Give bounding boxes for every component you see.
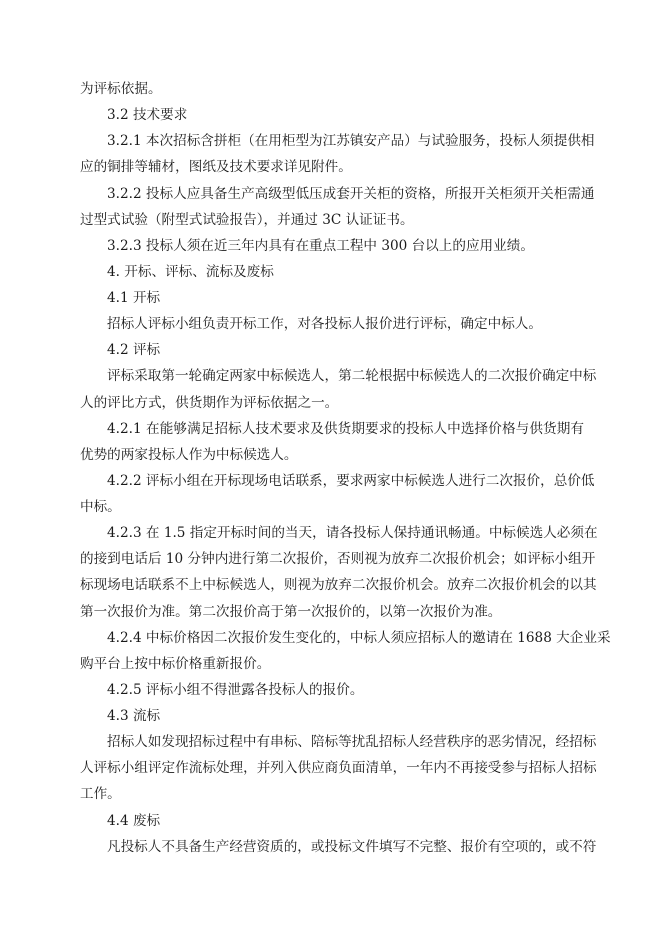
text-line: 3.2.2 投标人应具备生产高级型低压成套开关柜的资格，所报开关柜须开关柜需通: [80, 181, 584, 207]
text-line: 3.2 技术要求: [80, 102, 584, 128]
text-line: 评标采取第一轮确定两家中标候选人，第二轮根据中标候选人的二次报价确定中标: [80, 363, 584, 389]
text-line: 的接到电话后 10 分钟内进行第二次报价，否则视为放弃二次报价机会；如评标小组开: [80, 546, 584, 572]
text-line: 招标人评标小组负责开标工作，对各投标人报价进行评标，确定中标人。: [80, 311, 584, 337]
text-line: 4.2.4 中标价格因二次报价发生变化的，中标人须应招标人的邀请在 1688 大…: [80, 625, 584, 651]
text-line: 工作。: [80, 781, 584, 807]
text-line: 第一次报价为准。第二次报价高于第一次报价的，以第一次报价为准。: [80, 599, 584, 625]
text-line: 4.2.2 评标小组在开标现场电话联系，要求两家中标候选人进行二次报价，总价低: [80, 468, 584, 494]
text-line: 4. 开标、评标、流标及废标: [80, 259, 584, 285]
text-line: 优势的两家投标人作为中标候选人。: [80, 442, 584, 468]
text-line: 中标。: [80, 494, 584, 520]
document-page: 为评标依据。3.2 技术要求3.2.1 本次招标含拼柜（在用柜型为江苏镇安产品）…: [80, 76, 584, 860]
text-line: 3.2.1 本次招标含拼柜（在用柜型为江苏镇安产品）与试验服务，投标人须提供相: [80, 128, 584, 154]
text-line: 4.2.5 评标小组不得泄露各投标人的报价。: [80, 677, 584, 703]
text-line: 4.2.3 在 1.5 指定开标时间的当天，请各投标人保持通讯畅通。中标候选人必…: [80, 520, 584, 546]
text-line: 招标人如发现招标过程中有串标、陪标等扰乱招标人经营秩序的恶劣情况，经招标: [80, 729, 584, 755]
text-line: 4.4 废标: [80, 808, 584, 834]
text-line: 购平台上按中标价格重新报价。: [80, 651, 584, 677]
text-line: 应的铜排等辅材，图纸及技术要求详见附件。: [80, 154, 584, 180]
text-line: 4.1 开标: [80, 285, 584, 311]
text-line: 为评标依据。: [80, 76, 584, 102]
text-line: 过型式试验（附型式试验报告），并通过 3C 认证证书。: [80, 207, 584, 233]
text-line: 4.2 评标: [80, 337, 584, 363]
text-line: 人的评比方式，供货期作为评标依据之一。: [80, 390, 584, 416]
text-line: 4.2.1 在能够满足招标人技术要求及供货期要求的投标人中选择价格与供货期有: [80, 416, 584, 442]
text-line: 人评标小组评定作流标处理，并列入供应商负面清单，一年内不再接受参与招标人招标: [80, 755, 584, 781]
text-line: 标现场电话联系不上中标候选人，则视为放弃二次报价机会。放弃二次报价机会的以其: [80, 572, 584, 598]
text-line: 4.3 流标: [80, 703, 584, 729]
text-line: 3.2.3 投标人须在近三年内具有在重点工程中 300 台以上的应用业绩。: [80, 233, 584, 259]
text-line: 凡投标人不具备生产经营资质的，或投标文件填写不完整、报价有空项的，或不符: [80, 834, 584, 860]
